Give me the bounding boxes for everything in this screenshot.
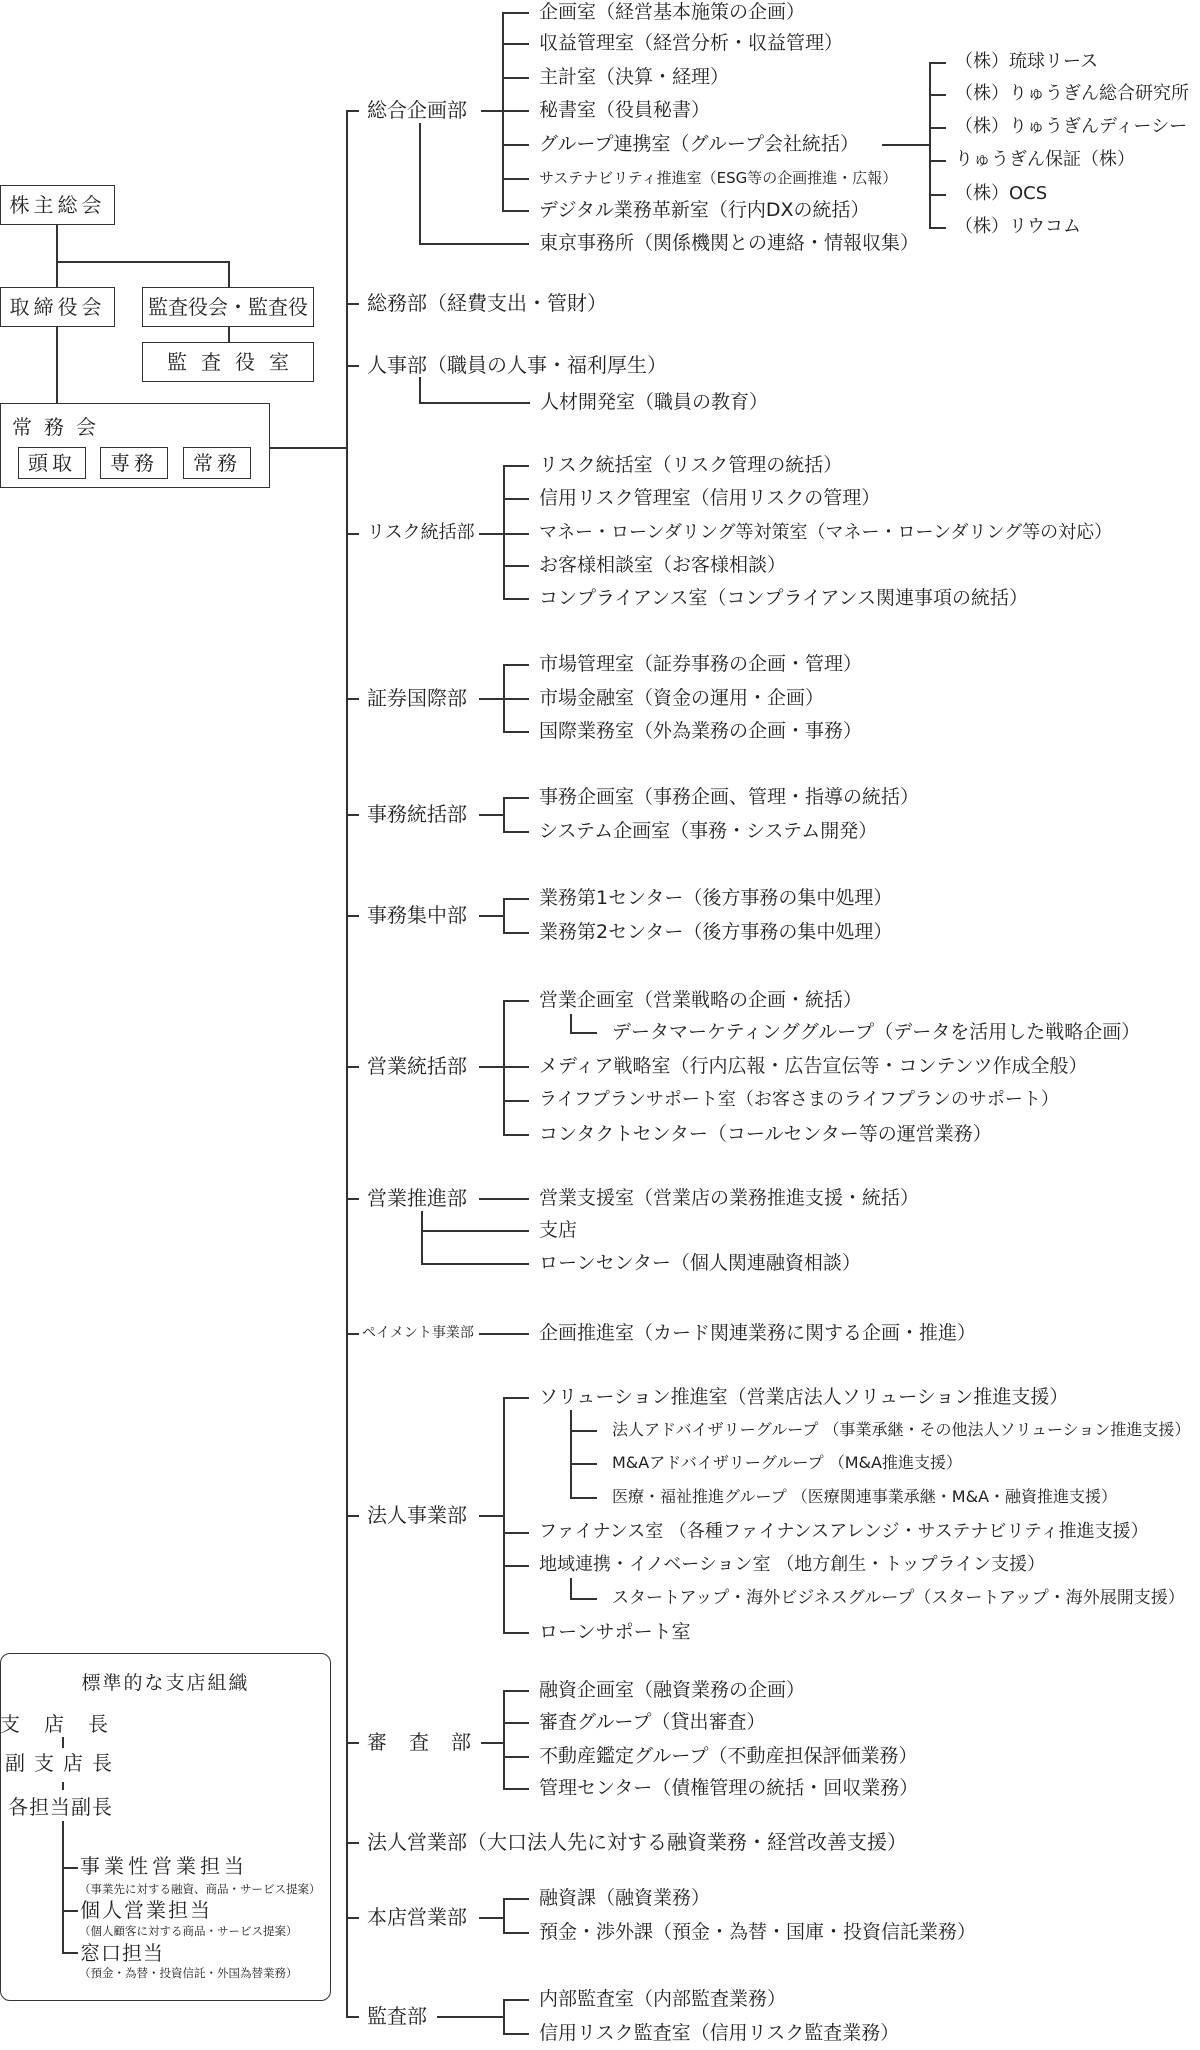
group-company: （株）琉球リース: [955, 50, 1098, 74]
member-label: 頭取: [19, 451, 85, 475]
connector-line: [502, 110, 529, 112]
branch-role-description: （預金・為替・投資信託・外国為替業務）: [79, 1965, 298, 1981]
connector-line: [346, 1515, 359, 1517]
section-item: ファイナンス室 （各種ファイナンスアレンジ・サステナビリティ推進支援）: [539, 1520, 1149, 1544]
dept-corporate-planning: 総合企画部: [367, 98, 467, 122]
connector-line: [929, 62, 946, 64]
section-item: ライフプランサポート室（お客さまのライフプランのサポート）: [539, 1088, 1059, 1112]
connector-line: [419, 402, 530, 404]
subgroup-item: スタートアップ・海外ビジネスグループ（スタートアップ・海外展開支援）: [612, 1586, 1185, 1610]
connector-line: [503, 533, 529, 535]
subgroup-item: 法人アドバイザリーグループ （事業承継・その他法人ソリューション推進支援）: [612, 1418, 1190, 1442]
section-item: お客様相談室（お客様相談）: [539, 553, 786, 577]
connector-line: [503, 1397, 505, 1633]
subgroup-item: データマーケティンググループ（データを活用した戦略企画）: [612, 1020, 1140, 1044]
connector-line: [346, 1066, 359, 1068]
connector-line: [570, 1578, 572, 1599]
branch-organization-title: 標準的な支店組織: [0, 1671, 331, 1695]
connector-line: [570, 1430, 597, 1432]
connector-line: [269, 447, 347, 449]
branch-role-description: （個人顧客に対する商品・サービス提案）: [79, 1923, 298, 1939]
group-company: りゅうぎん保証（株）: [955, 148, 1135, 172]
connector-line: [346, 1842, 359, 1844]
connector-line: [502, 210, 529, 212]
dept-operations-control: 事務統括部: [367, 802, 467, 826]
audit-office-label: 監査役室: [143, 350, 313, 374]
connector-line: [62, 1737, 64, 1748]
group-company: （株）リウコム: [955, 215, 1081, 239]
connector-line: [479, 1066, 503, 1068]
connector-line: [479, 533, 503, 535]
section-item: 内部監査室（内部監査業務）: [539, 1987, 786, 2011]
connector-line: [62, 1821, 64, 1953]
connector-line: [437, 2016, 503, 2018]
connector-line: [503, 565, 529, 567]
section-item: 営業支援室（営業店の業務推進支援・統括）: [539, 1186, 919, 1210]
connector-line: [419, 377, 421, 403]
connector-line: [503, 898, 505, 933]
connector-line: [570, 1410, 572, 1498]
connector-line: [421, 1211, 423, 1264]
connector-line: [503, 465, 529, 467]
connector-line: [421, 1263, 529, 1265]
dept-internal-audit: 監査部: [367, 2004, 427, 2028]
connector-line: [929, 94, 946, 96]
branch-level-deputy-manager: 副支店長: [5, 1751, 121, 1775]
connector-line: [502, 43, 529, 45]
section-item: 地域連携・イノベーション室 （地方創生・トップライン支援）: [539, 1553, 1045, 1577]
section-item: 業務第2センター（後方事務の集中処理）: [539, 920, 892, 944]
connector-line: [62, 1952, 78, 1954]
branch-role-teller: 窓口担当: [80, 1941, 164, 1965]
connector-line: [503, 932, 529, 934]
group-company: （株）りゅうぎん総合研究所: [955, 82, 1189, 106]
section-item: 不動産鑑定グループ（不動産担保評価業務）: [539, 1744, 917, 1768]
subgroup-item: M&Aアドバイザリーグループ （M&A推進支援）: [612, 1451, 962, 1475]
dept-securities-international: 証券国際部: [367, 686, 467, 710]
connector-line: [929, 194, 946, 196]
branch-organization-box: [0, 1653, 331, 2001]
managing-committee-box: 常務会 頭取 専務 常務: [0, 403, 270, 488]
section-item: メディア戦略室（行内広報・広告宣伝等・コンテンツ作成全般）: [539, 1054, 1088, 1078]
connector-line: [502, 178, 529, 180]
connector-line: [502, 12, 504, 211]
section-item: 融資企画室（融資業務の企画）: [539, 1678, 805, 1702]
section-item: グループ連携室（グループ会社統括）: [539, 132, 859, 156]
section-item: 人材開発室（職員の教育）: [540, 390, 768, 414]
connector-line: [503, 1898, 505, 1933]
audit-board-box: 監査役会・監査役: [142, 287, 314, 327]
connector-line: [479, 698, 503, 700]
connector-line: [503, 797, 529, 799]
connector-line: [62, 1782, 64, 1790]
connector-line: [346, 1742, 359, 1744]
connector-line: [503, 1999, 505, 2034]
board-of-directors-box: 取締役会: [0, 287, 115, 327]
connector-line: [503, 1532, 529, 1534]
connector-line: [929, 127, 946, 129]
dept-credit-examination: 審査部: [367, 1730, 493, 1754]
branch-role-personal-sales: 個人営業担当: [80, 1898, 212, 1922]
member-box-managing: 常務: [183, 447, 251, 479]
connector-line: [503, 731, 529, 733]
connector-line: [346, 698, 359, 700]
connector-line: [503, 1999, 529, 2001]
connector-line: [56, 326, 58, 403]
connector-line: [346, 365, 359, 367]
connector-line: [503, 1100, 529, 1102]
section-item: 営業企画室（営業戦略の企画・統括）: [539, 988, 862, 1012]
section-item: 事務企画室（事務企画、管理・指導の統括）: [539, 785, 919, 809]
connector-line: [503, 465, 505, 599]
connector-line: [570, 1463, 597, 1465]
connector-line: [479, 1917, 503, 1919]
connector-line: [56, 224, 58, 287]
connector-line: [346, 533, 359, 535]
section-item: マネー・ローンダリング等対策室（マネー・ローンダリング等の対応）: [539, 521, 1112, 545]
connector-line: [503, 831, 529, 833]
connector-line: [502, 144, 529, 146]
connector-line: [570, 1497, 597, 1499]
org-chart: 株主総会 取締役会 監査役会・監査役 監査役室 常務会 頭取 専務 常務: [0, 0, 1200, 2050]
connector-line: [228, 326, 230, 342]
section-item: デジタル業務革新室（行内DXの統括）: [539, 198, 870, 222]
dept-risk-management: リスク統括部: [367, 521, 475, 545]
section-item: システム企画室（事務・システム開発）: [539, 819, 877, 843]
connector-line: [56, 261, 229, 263]
section-item: 東京事務所（関係機関との連絡・情報収集）: [539, 231, 919, 255]
connector-line: [503, 1565, 529, 1567]
connector-line: [503, 1898, 529, 1900]
connector-line: [479, 1198, 529, 1200]
connector-line: [882, 144, 930, 146]
dept-payment-business: ペイメント事業部: [362, 1321, 474, 1345]
connector-line: [346, 1198, 359, 1200]
connector-line: [503, 1000, 529, 1002]
connector-line: [346, 303, 359, 305]
audit-office-box: 監査役室: [142, 342, 314, 382]
connector-line: [503, 898, 529, 900]
connector-line: [503, 498, 529, 500]
section-item: 主計室（決算・経理）: [539, 65, 729, 89]
connector-line: [481, 1742, 503, 1744]
section-item: 市場金融室（資金の運用・企画）: [539, 686, 824, 710]
connector-line: [479, 1515, 503, 1517]
section-item: 企画推進室（カード関連業務に関する企画・推進）: [539, 1321, 976, 1345]
section-item: 信用リスク管理室（信用リスクの管理）: [539, 486, 880, 510]
group-company: （株）OCS: [955, 182, 1047, 206]
section-item: コンプライアンス室（コンプライアンス関連事項の統括）: [539, 586, 1028, 610]
audit-board-label: 監査役会・監査役: [143, 295, 313, 319]
connector-line: [346, 110, 359, 112]
section-item: 審査グループ（貸出審査）: [539, 1710, 765, 1734]
section-item: ローンサポート室: [539, 1620, 691, 1644]
connector-line: [479, 814, 503, 816]
connector-line: [346, 814, 359, 816]
connector-line: [421, 1230, 529, 1232]
connector-line: [503, 1134, 529, 1136]
section-item: 企画室（経営基本施策の企画）: [539, 0, 805, 24]
connector-line: [503, 1722, 529, 1724]
dept-sales-control: 営業統括部: [367, 1054, 467, 1078]
connector-line: [503, 1932, 529, 1934]
section-item: 市場管理室（証券事務の企画・管理）: [539, 652, 862, 676]
section-item: ローンセンター（個人関連融資相談）: [539, 1251, 861, 1275]
connector-line: [502, 12, 529, 14]
shareholders-meeting-label: 株主総会: [1, 193, 114, 217]
group-company: （株）りゅうぎんディーシー: [955, 115, 1187, 139]
section-item: 融資課（融資業務）: [539, 1886, 710, 1910]
dept-corporate-business: 法人事業部: [367, 1503, 467, 1527]
connector-line: [503, 1000, 505, 1135]
connector-line: [503, 797, 505, 832]
connector-line: [570, 1598, 597, 1600]
connector-line: [503, 698, 529, 700]
connector-line: [502, 77, 529, 79]
section-item: リスク統括室（リスク管理の統括）: [539, 453, 842, 477]
branch-level-manager: 支店長: [0, 1712, 132, 1736]
dept-personnel: 人事部（職員の人事・福利厚生）: [367, 353, 667, 377]
subgroup-item: 医療・福祉推進グループ （医療関連事業承継・M&A・融資推進支援）: [612, 1485, 1117, 1509]
shareholders-meeting-box: 株主総会: [0, 185, 115, 225]
section-item: 預金・渉外課（預金・為替・国庫・投資信託業務）: [539, 1920, 976, 1944]
connector-line: [929, 62, 931, 228]
connector-line: [62, 1867, 78, 1869]
connector-line: [419, 243, 529, 245]
member-label: 常務: [184, 451, 250, 475]
section-item: サステナビリティ推進室（ESG等の企画推進・広報）: [539, 166, 897, 190]
dept-general-affairs: 総務部（経費支出・管財）: [367, 291, 607, 315]
connector-line: [929, 160, 946, 162]
connector-line: [479, 915, 503, 917]
dept-head-office-sales: 本店営業部: [367, 1905, 467, 1929]
section-item: 収益管理室（経営分析・収益管理）: [539, 31, 843, 55]
connector-line: [503, 1690, 529, 1692]
connector-line: [503, 1788, 529, 1790]
connector-line: [503, 1632, 529, 1634]
section-item: 国際業務室（外為業務の企画・事務）: [539, 719, 862, 743]
main-trunk-line: [346, 110, 348, 2018]
dept-corporate-sales: 法人営業部（大口法人先に対する融資業務・経営改善支援）: [367, 1830, 907, 1854]
member-box-president: 頭取: [18, 447, 86, 479]
section-item: 支店: [539, 1218, 577, 1242]
dept-sales-promotion: 営業推進部: [367, 1186, 467, 1210]
member-box-senior-managing: 専務: [100, 447, 168, 479]
connector-line: [503, 1690, 505, 1789]
section-item: 信用リスク監査室（信用リスク監査業務）: [539, 2021, 899, 2045]
connector-line: [228, 261, 230, 287]
board-of-directors-label: 取締役会: [1, 295, 114, 319]
connector-line: [503, 1066, 529, 1068]
section-item: 秘書室（役員秘書）: [539, 98, 710, 122]
branch-role-description: （事業先に対する融資、商品・サービス提案）: [79, 1881, 321, 1897]
connector-line: [503, 2033, 529, 2035]
connector-line: [570, 1014, 572, 1033]
branch-level-section-deputy: 各担当副長: [8, 1795, 113, 1819]
connector-line: [503, 1756, 529, 1758]
section-item: 業務第1センター（後方事務の集中処理）: [539, 886, 892, 910]
connector-line: [503, 1397, 529, 1399]
connector-line: [419, 123, 421, 244]
connector-line: [346, 1917, 359, 1919]
connector-line: [503, 664, 529, 666]
connector-line: [62, 1910, 78, 1912]
section-item: 管理センター（債権管理の統括・回収業務）: [539, 1776, 918, 1800]
branch-role-business-sales: 事業性営業担当: [80, 1854, 248, 1878]
connector-line: [346, 915, 359, 917]
connector-line: [346, 1333, 359, 1335]
connector-line: [570, 1032, 597, 1034]
connector-line: [481, 110, 503, 112]
connector-line: [479, 1333, 529, 1335]
section-item: コンタクトセンター（コールセンター等の運営業務）: [539, 1122, 992, 1146]
managing-committee-title: 常務会: [12, 415, 108, 439]
section-item: ソリューション推進室（営業店法人ソリューション推進支援）: [539, 1385, 1068, 1409]
dept-operations-center: 事務集中部: [367, 903, 467, 927]
connector-line: [929, 227, 946, 229]
member-label: 専務: [101, 451, 167, 475]
connector-line: [346, 2016, 359, 2018]
connector-line: [503, 598, 529, 600]
